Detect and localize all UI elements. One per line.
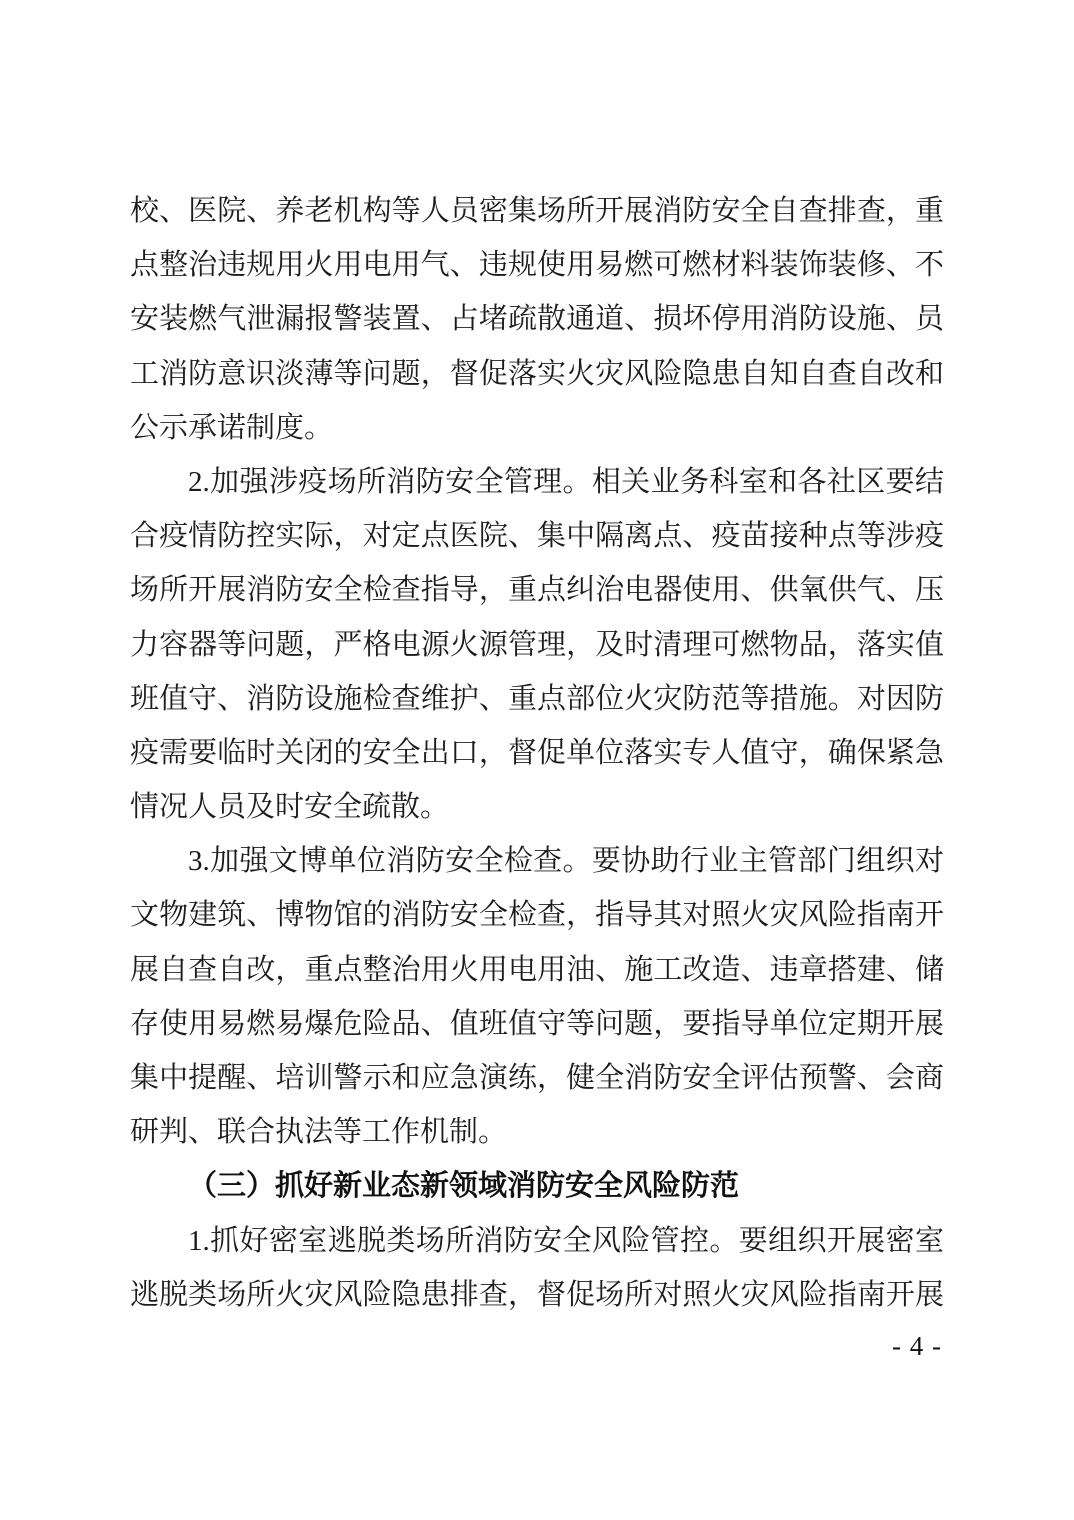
text-line: 场所开展消防安全检查指导，重点纠治电器使用、供氧供气、压 bbox=[130, 563, 944, 617]
text-line: 1.抓好密室逃脱类场所消防安全风险管控。要组织开展密室 bbox=[130, 1214, 944, 1268]
text-line: 存使用易燃易爆危险品、值班值守等问题，要指导单位定期开展 bbox=[130, 997, 944, 1051]
page-number: - 4 - bbox=[892, 1330, 942, 1362]
section-heading: （三）抓好新业态新领域消防安全风险防范 bbox=[130, 1159, 944, 1213]
text-line: 集中提醒、培训警示和应急演练，健全消防安全评估预警、会商 bbox=[130, 1051, 944, 1105]
text-line: 文物建筑、博物馆的消防安全检查，指导其对照火灾风险指南开 bbox=[130, 888, 944, 942]
text-line: 情况人员及时安全疏散。 bbox=[130, 780, 944, 834]
text-line: 工消防意识淡薄等问题，督促落实火灾风险隐患自知自查自改和 bbox=[130, 347, 944, 401]
text-line: 3.加强文博单位消防安全检查。要协助行业主管部门组织对 bbox=[130, 834, 944, 888]
text-line: 合疫情防控实际，对定点医院、集中隔离点、疫苗接种点等涉疫 bbox=[130, 509, 944, 563]
text-line: 安装燃气泄漏报警装置、占堵疏散通道、损坏停用消防设施、员 bbox=[130, 292, 944, 346]
text-line: 班值守、消防设施检查维护、重点部位火灾防范等措施。对因防 bbox=[130, 672, 944, 726]
text-line: 校、医院、养老机构等人员密集场所开展消防安全自查排查，重 bbox=[130, 184, 944, 238]
text-line: 点整治违规用火用电用气、违规使用易燃可燃材料装饰装修、不 bbox=[130, 238, 944, 292]
document-page: 校、医院、养老机构等人员密集场所开展消防安全自查排查，重点整治违规用火用电用气、… bbox=[0, 0, 1074, 1520]
text-line: 2.加强涉疫场所消防安全管理。相关业务科室和各社区要结 bbox=[130, 455, 944, 509]
text-line: 公示承诺制度。 bbox=[130, 401, 944, 455]
text-line: 逃脱类场所火灾风险隐患排查，督促场所对照火灾风险指南开展 bbox=[130, 1268, 944, 1322]
text-line: 疫需要临时关闭的安全出口，督促单位落实专人值守，确保紧急 bbox=[130, 726, 944, 780]
document-body: 校、医院、养老机构等人员密集场所开展消防安全自查排查，重点整治违规用火用电用气、… bbox=[130, 184, 944, 1322]
text-line: 研判、联合执法等工作机制。 bbox=[130, 1105, 944, 1159]
text-line: 展自查自改，重点整治用火用电用油、施工改造、违章搭建、储 bbox=[130, 943, 944, 997]
text-line: 力容器等问题，严格电源火源管理，及时清理可燃物品，落实值 bbox=[130, 618, 944, 672]
